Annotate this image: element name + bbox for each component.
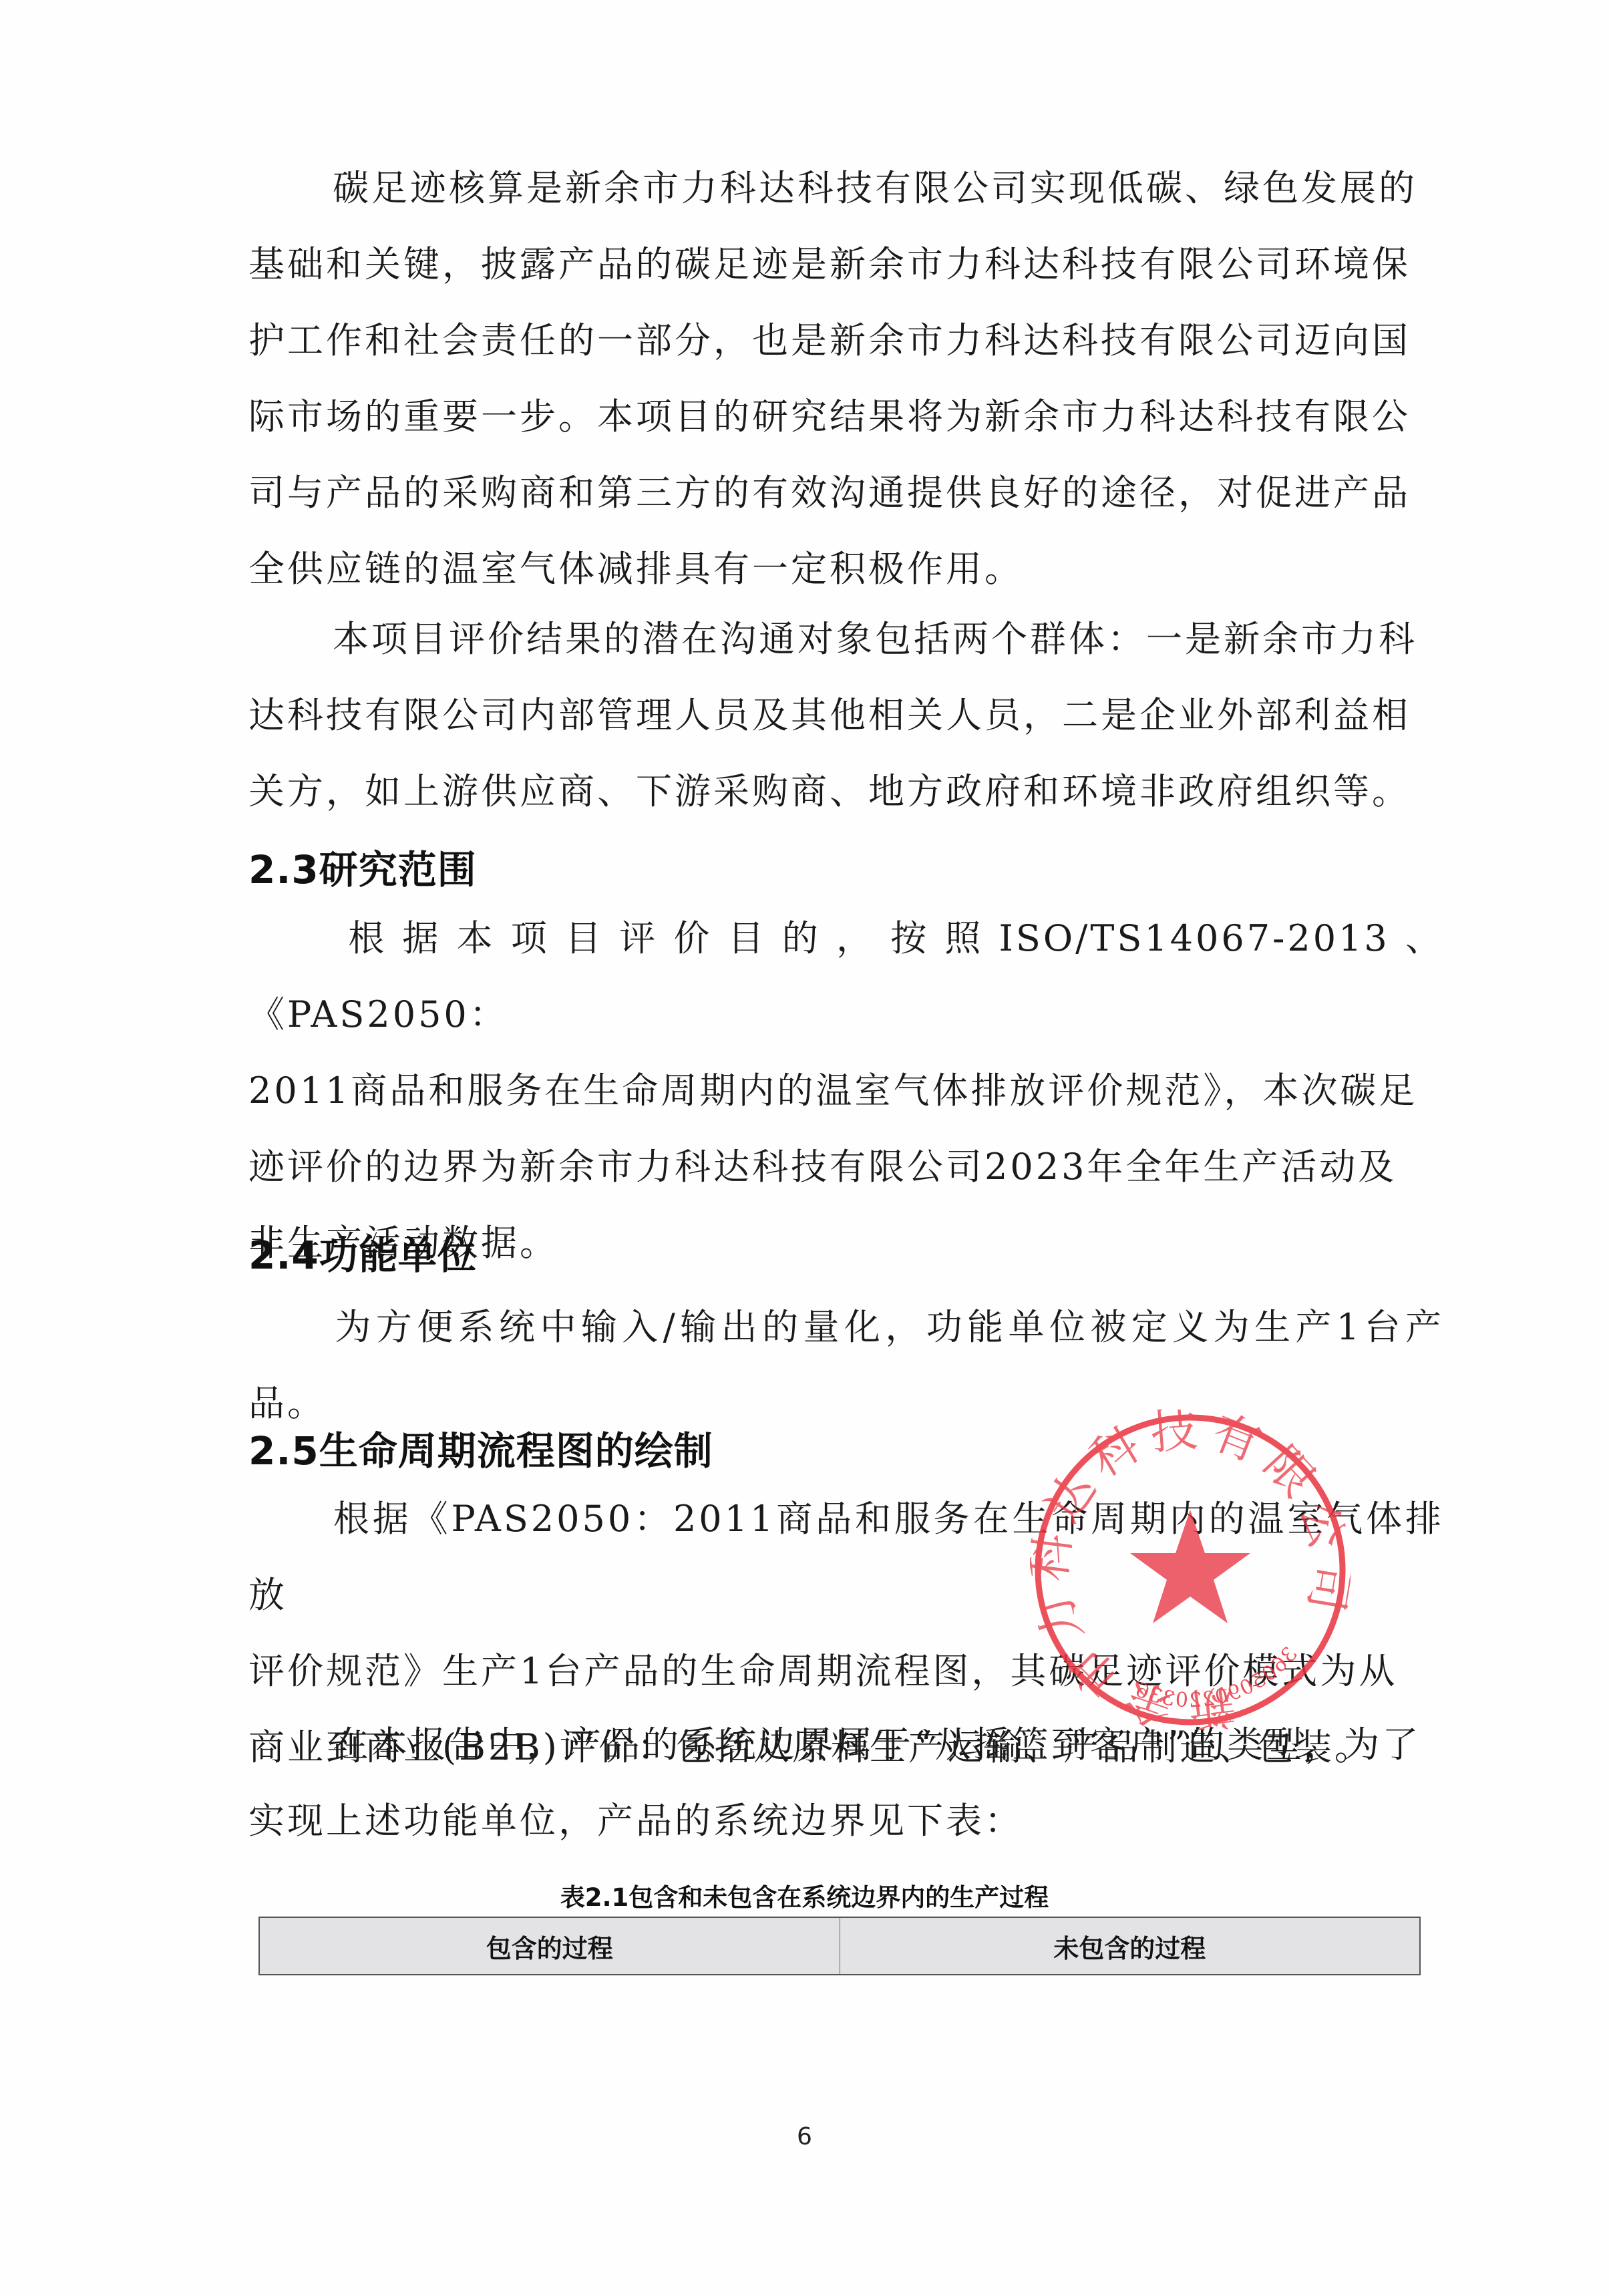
text-line-content: 为方便系统中输入/输出的量化，功能单位被定义为生产1台产品。 (248, 1306, 1444, 1424)
text-line-content: 碳足迹核算是新余市力科达科技有限公司实现低碳、绿色发展的 (333, 167, 1417, 209)
page-number: 6 (0, 2123, 1609, 2150)
table-header-included: 包含的过程 (260, 1918, 840, 1974)
paragraph-audience: 本项目评价结果的潜在沟通对象包括两个群体：一是新余市力科 达科技有限公司内部管理… (248, 601, 1444, 830)
paragraph-boundary: 在本报告中，产品的系统边界属于“从摇篮到客户”的类型，为了 实现上述功能单位，产… (248, 1707, 1444, 1859)
text-line: 司与产品的采购商和第三方的有效沟通提供良好的途径，对促进产品 (248, 455, 1444, 531)
text-line-content: 在本报告中，产品的系统边界属于“从摇篮到客户”的类型，为了 (333, 1724, 1421, 1766)
text-line: 际市场的重要一步。本项目的研究结果将为新余市力科达科技有限公 (248, 379, 1444, 455)
text-line: 在本报告中，产品的系统边界属于“从摇篮到客户”的类型，为了 (248, 1707, 1444, 1783)
document-page: 碳足迹核算是新余市力科达科技有限公司实现低碳、绿色发展的 基础和关键，披露产品的… (0, 0, 1609, 2296)
text-line-content: 根据《PAS2050：2011商品和服务在生命周期内的温室气体排放 (248, 1498, 1444, 1616)
text-line-content: 本项目评价结果的潜在沟通对象包括两个群体：一是新余市力科 (333, 618, 1417, 660)
text-line: 为方便系统中输入/输出的量化，功能单位被定义为生产1台产品。 (248, 1289, 1444, 1442)
text-line: 护工作和社会责任的一部分，也是新余市力科达科技有限公司迈向国 (248, 303, 1444, 379)
section-heading-scope: 2.3研究范围 (248, 838, 477, 894)
table-header-excluded: 未包含的过程 (840, 1918, 1420, 1974)
text-line: 本项目评价结果的潜在沟通对象包括两个群体：一是新余市力科 (248, 601, 1444, 677)
text-line: 根据《PAS2050：2011商品和服务在生命周期内的温室气体排放 (248, 1481, 1444, 1633)
text-line: 全供应链的温室气体减排具有一定积极作用。 (248, 531, 1444, 607)
text-line: 评价规范》生产1台产品的生命周期流程图，其碳足迹评价模式为从 (248, 1633, 1444, 1709)
text-line: 达科技有限公司内部管理人员及其他相关人员，二是企业外部利益相 (248, 677, 1444, 754)
text-line-content: 根据本项目评价目的，按照ISO/TS14067-2013、《PAS2050： (248, 917, 1444, 1035)
text-line: 2011商品和服务在生命周期内的温室气体排放评价规范》，本次碳足 (248, 1053, 1444, 1129)
paragraph-functional-unit: 为方便系统中输入/输出的量化，功能单位被定义为生产1台产品。 (248, 1289, 1444, 1442)
paragraph-intro: 碳足迹核算是新余市力科达科技有限公司实现低碳、绿色发展的 基础和关键，披露产品的… (248, 150, 1444, 607)
section-heading-lifecycle: 2.5生命周期流程图的绘制 (248, 1420, 713, 1476)
text-line: 实现上述功能单位，产品的系统边界见下表： (248, 1783, 1444, 1859)
text-line: 基础和关键，披露产品的碳足迹是新余市力科达科技有限公司环境保 (248, 226, 1444, 303)
text-line: 关方，如上游供应商、下游采购商、地方政府和环境非政府组织等。 (248, 754, 1444, 830)
table-caption: 表2.1包含和未包含在系统边界内的生产过程 (0, 1877, 1609, 1913)
text-line: 迹评价的边界为新余市力科达科技有限公司2023年全年生产活动及 (248, 1129, 1444, 1205)
text-line: 碳足迹核算是新余市力科达科技有限公司实现低碳、绿色发展的 (248, 150, 1444, 226)
section-heading-functional-unit: 2.4功能单位 (248, 1224, 477, 1280)
system-boundary-table: 包含的过程 未包含的过程 (258, 1917, 1421, 1975)
text-line: 根据本项目评价目的，按照ISO/TS14067-2013、《PAS2050： (248, 900, 1444, 1053)
